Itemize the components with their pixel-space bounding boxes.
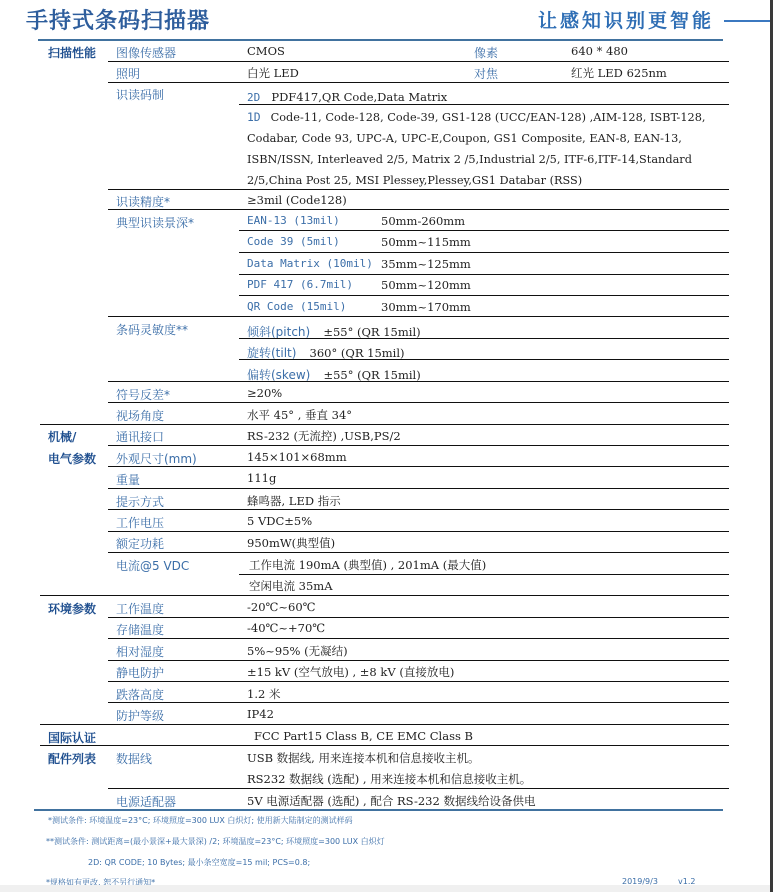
value-image-sensor: CMOS [247, 44, 285, 58]
value-interface: RS-232 (无流控) ,USB,PS/2 [247, 428, 401, 444]
row-divider [108, 402, 729, 403]
label-humidity: 相对湿度 [116, 643, 164, 660]
label-cable: 数据线 [116, 750, 152, 767]
value-op-temp: -20℃~60℃ [247, 600, 316, 614]
value-weight: 111g [247, 471, 276, 485]
label-resolution: 识读精度* [116, 193, 170, 210]
category-mech-line2: 电气参数 [48, 450, 96, 467]
footer-rule [34, 809, 723, 811]
category-env: 环境参数 [48, 600, 96, 617]
value-1d: Code-11, Code-128, Code-39, GS1-128 (UCC… [247, 111, 706, 187]
label-image-sensor: 图像传感器 [116, 44, 176, 61]
value-humidity: 5%~95% (无凝结) [247, 643, 348, 659]
value-esd: ±15 kV (空气放电) , ±8 kV (直接放电) [247, 664, 454, 680]
label-drop: 跌落高度 [116, 686, 164, 703]
value-voltage: 5 VDC±5% [247, 514, 312, 528]
dof-code: EAN-13 (13mil) [247, 214, 340, 227]
label-field-of-view: 视场角度 [116, 407, 164, 424]
value-storage-temp: -40℃~+70℃ [247, 621, 325, 635]
row-divider [108, 316, 729, 317]
label-interface: 通讯接口 [116, 428, 164, 445]
label-illumination: 照明 [116, 65, 140, 82]
value-pixels: 640 * 480 [571, 44, 628, 58]
value-contrast: ≥20% [247, 386, 282, 400]
label-storage-temp: 存储温度 [116, 621, 164, 638]
label-sensitivity: 条码灵敏度** [116, 321, 188, 338]
value-illumination: 白光 LED [247, 65, 299, 81]
value-ip-rating: IP42 [247, 707, 274, 721]
dof-code: Data Matrix (10mil) [247, 257, 373, 270]
value-current-working: 工作电流 190mA (典型值) , 201mA (最大值) [249, 557, 486, 573]
tag-2d: 2D [247, 91, 260, 104]
label-contrast: 符号反差* [116, 386, 170, 403]
page-title: 手持式条码扫描器 [26, 4, 210, 35]
row-divider [108, 445, 729, 446]
value-cable-usb: USB 数据线, 用来连接本机和信息接收主机。 [247, 750, 480, 766]
tag-1d: 1D [247, 111, 261, 124]
row-divider [108, 638, 729, 639]
slogan-accent-line [724, 20, 773, 22]
section-divider [40, 595, 729, 596]
label-ip-rating: 防护等级 [116, 707, 164, 724]
section-divider [40, 724, 729, 725]
label-adapter: 电源适配器 [116, 793, 176, 810]
label-op-temp: 工作温度 [116, 600, 164, 617]
slogan: 让感知识别更智能 [538, 6, 714, 33]
value-cert: FCC Part15 Class B, CE EMC Class B [254, 729, 473, 743]
label-indicator: 提示方式 [116, 493, 164, 510]
label-depth-of-field: 典型识读景深* [116, 214, 194, 231]
dof-code: Code 39 (5mil) [247, 235, 340, 248]
row-divider [108, 381, 729, 382]
row-divider [108, 681, 729, 682]
value-focus: 红光 LED 625nm [571, 65, 667, 81]
value-field-of-view: 水平 45° , 垂直 34° [247, 407, 352, 423]
value-dimensions: 145×101×68mm [247, 450, 347, 464]
dof-code: QR Code (15mil) [247, 300, 346, 313]
label-symbologies: 识读码制 [116, 86, 164, 103]
dof-range: 30mm~170mm [381, 300, 471, 314]
sensitivity-axis: 倾斜(pitch) [247, 325, 310, 339]
symbologies-1d: 1DCode-11, Code-128, Code-39, GS1-128 (U… [247, 107, 727, 191]
category-mech-line1: 机械/ [48, 428, 76, 445]
row-divider [239, 359, 729, 360]
label-voltage: 工作电压 [116, 514, 164, 531]
row-divider [239, 230, 729, 231]
row-divider [239, 338, 729, 339]
label-power: 额定功耗 [116, 535, 164, 552]
symbologies-2d: 2D PDF417,QR Code,Data Matrix [247, 86, 447, 105]
row-divider [239, 274, 729, 275]
label-dimensions: 外观尺寸(mm) [116, 450, 197, 467]
row-divider [108, 466, 729, 467]
row-divider [108, 509, 729, 510]
value-cable-rs232: RS232 数据线 (选配) , 用来连接本机和信息接收主机。 [247, 771, 531, 787]
label-pixels: 像素 [474, 44, 498, 61]
footnote-3: 2D: QR CODE; 10 Bytes; 最小条空宽度=15 mil; PC… [88, 857, 310, 868]
value-current-idle: 空闲电流 35mA [249, 578, 333, 594]
label-current: 电流@5 VDC [116, 557, 189, 574]
section-divider [40, 424, 729, 425]
header-rule [38, 39, 723, 41]
sensitivity-axis: 偏转(skew) [247, 368, 310, 382]
dof-range: 35mm~125mm [381, 257, 471, 271]
row-divider [108, 617, 729, 618]
section-divider [40, 745, 729, 746]
row-divider [239, 104, 729, 105]
category-accessories: 配件列表 [48, 750, 96, 767]
viewer-bottom-edge [0, 885, 773, 892]
row-divider [108, 488, 729, 489]
category-scan: 扫描性能 [48, 44, 96, 61]
row-divider [108, 531, 729, 532]
row-divider [108, 189, 729, 190]
value-power: 950mW(典型值) [247, 535, 335, 551]
dof-range: 50mm-260mm [381, 214, 465, 228]
label-weight: 重量 [116, 471, 140, 488]
row-divider [108, 209, 729, 210]
row-divider [239, 252, 729, 253]
row-divider [108, 788, 729, 789]
value-resolution: ≥3mil (Code128) [247, 193, 347, 207]
label-focus: 对焦 [474, 65, 498, 82]
dof-range: 50mm~120mm [381, 278, 471, 292]
value-drop: 1.2 米 [247, 686, 280, 702]
value-2d: PDF417,QR Code,Data Matrix [271, 90, 447, 104]
sensitivity-value: ±55° (QR 15mil) [323, 325, 420, 339]
label-esd: 静电防护 [116, 664, 164, 681]
sensitivity-axis: 旋转(tilt) [247, 346, 296, 360]
sensitivity-value: 360° (QR 15mil) [310, 346, 405, 360]
row-divider [108, 702, 729, 703]
row-divider [239, 295, 729, 296]
row-divider [108, 660, 729, 661]
row-divider [108, 552, 729, 553]
row-divider [108, 82, 729, 83]
dof-code: PDF 417 (6.7mil) [247, 278, 353, 291]
category-cert: 国际认证 [48, 729, 96, 746]
sensitivity-value: ±55° (QR 15mil) [323, 368, 420, 382]
value-indicator: 蜂鸣器, LED 指示 [247, 493, 341, 509]
value-adapter: 5V 电源适配器 (选配) , 配合 RS-232 数据线给设备供电 [247, 793, 535, 809]
row-divider [108, 61, 729, 62]
footnote-1: *测试条件: 环境温度=23°C; 环境照度=300 LUX 白炽灯; 使用新大… [48, 815, 353, 826]
dof-range: 50mm~115mm [381, 235, 471, 249]
footnote-2: **测试条件: 测试距离=(最小景深+最大景深) /2; 环境温度=23°C; … [46, 836, 385, 847]
row-divider [239, 574, 729, 575]
